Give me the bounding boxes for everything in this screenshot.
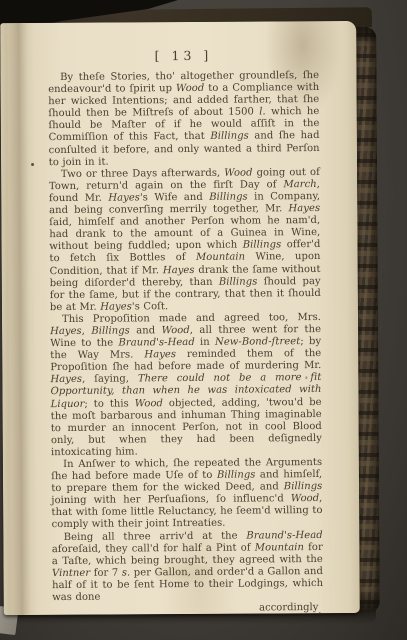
paragraph: In Anſwer to which, ſhe repeated the Arg… [51,457,323,532]
catchword-line: accordingly, [52,602,323,619]
paragraph: Two or three Days afterwards, Wood going… [49,167,321,314]
book-page: [ 13 ] By theſe Stories, tho' altogether… [0,21,360,615]
page-number-heading: [ 13 ] [48,47,319,64]
catchword-mark: , [318,606,321,616]
photo-background: [ 13 ] By theſe Stories, tho' altogether… [0,0,407,640]
page-paragraphs: By theſe Stories, tho' altogether ground… [48,70,323,604]
paragraph: By theſe Stories, tho' altogether ground… [48,70,320,169]
page-gutter-shadow [8,23,38,615]
foxing-speck [31,163,34,166]
paragraph: This Propoſition made and agreed too, Mr… [50,312,322,459]
book: [ 13 ] By theſe Stories, tho' altogether… [0,15,384,619]
paragraph: Being all three arriv'd at the Braund's-… [52,530,324,605]
catchword: accordingly [259,602,318,613]
page-text-block: [ 13 ] By theſe Stories, tho' altogether… [48,47,323,619]
